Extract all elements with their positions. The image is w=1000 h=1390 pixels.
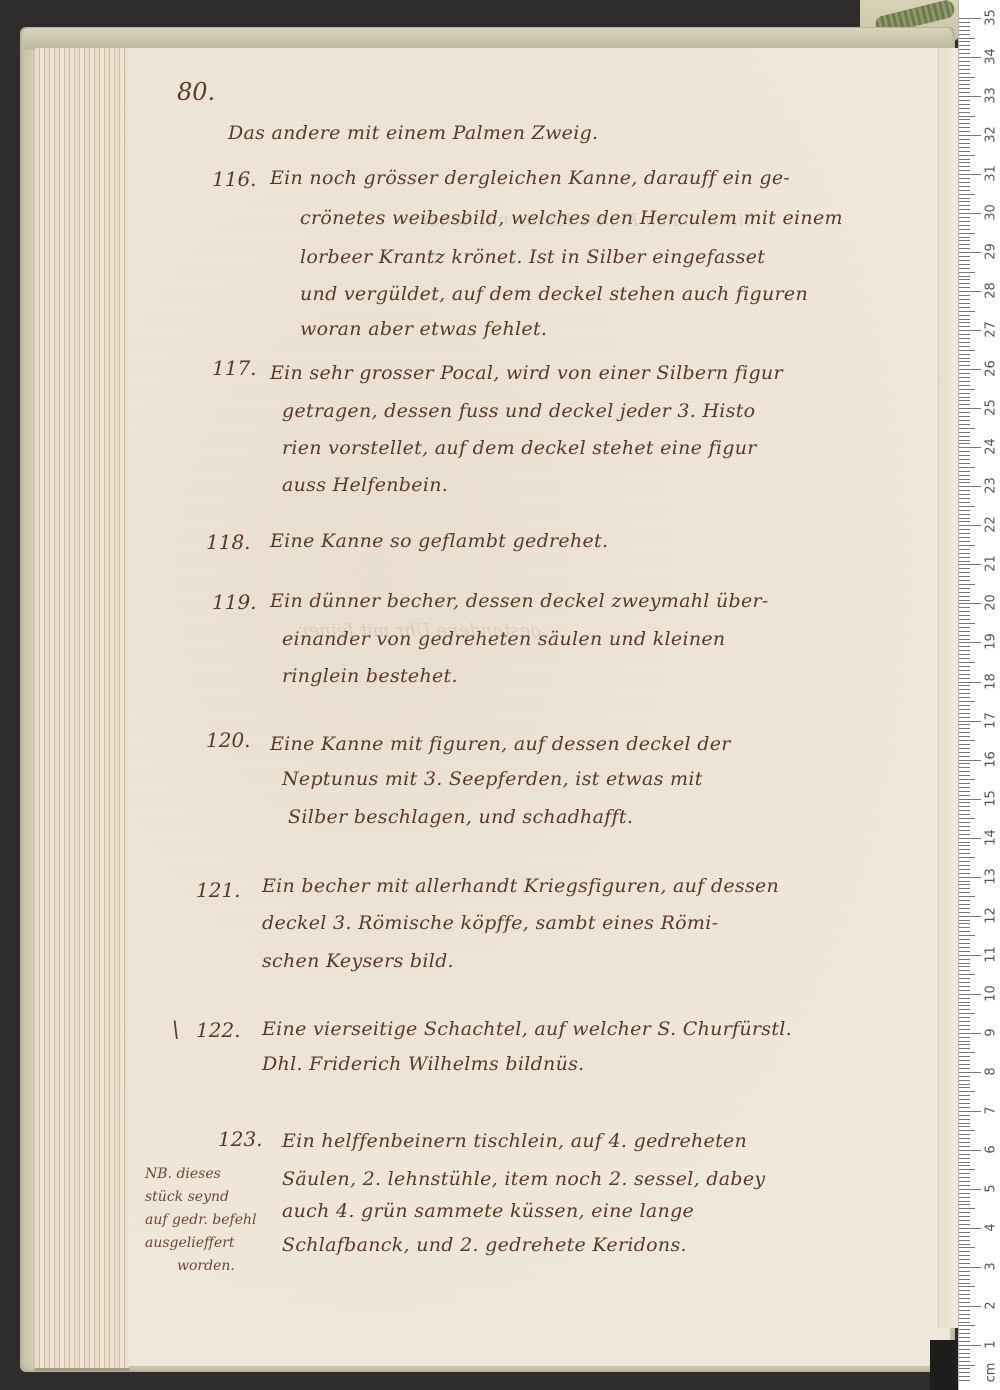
ruler-tick: [959, 521, 970, 522]
ruler-tick: [959, 486, 981, 487]
ruler-tick: [959, 1087, 970, 1088]
ruler-tick: [959, 771, 970, 772]
ruler-tick: [959, 1111, 981, 1112]
ruler-tick: [959, 1025, 970, 1026]
ruler-tick: [959, 1048, 970, 1049]
ruler-tick: [959, 693, 970, 694]
ruler-tick: [959, 178, 970, 179]
ruler-tick: [959, 1169, 975, 1170]
ruler-tick: [959, 1247, 975, 1248]
ruler-label: 15: [984, 788, 999, 808]
ruler-tick: [959, 240, 970, 241]
ruler-tick: [959, 767, 970, 768]
entry-line: Silber beschlagen, und schadhafft.: [288, 806, 633, 828]
entry-line: schen Keysers bild.: [262, 950, 454, 972]
ruler-tick: [959, 553, 970, 554]
ruler-tick: [959, 1267, 981, 1268]
ruler-tick: [959, 408, 981, 409]
ruler-tick: [959, 775, 970, 776]
ruler-label: 26: [984, 359, 999, 379]
ruler-tick: [959, 943, 970, 944]
ruler-tick: [959, 194, 975, 195]
ruler-tick: [959, 1329, 970, 1330]
ruler-tick: [959, 990, 970, 991]
ruler-tick: [959, 389, 975, 390]
ruler-label: 19: [984, 632, 999, 652]
centimeter-ruler: cm 3534333231302928272625242322212019181…: [958, 0, 1000, 1390]
entry-line: und vergüldet, auf dem deckel stehen auc…: [300, 283, 808, 305]
ruler-tick: [959, 397, 970, 398]
ruler-tick: [959, 670, 970, 671]
ruler-tick: [959, 826, 970, 827]
ruler-tick: [959, 884, 970, 885]
ruler-tick: [959, 549, 970, 550]
margin-mark: \: [172, 1018, 179, 1043]
ruler-tick: [959, 494, 970, 495]
ruler-tick: [959, 736, 970, 737]
ruler-tick: [959, 572, 970, 573]
ruler-label: 7: [984, 1100, 999, 1120]
ruler-tick: [959, 1103, 970, 1104]
ruler-tick: [959, 416, 970, 417]
ruler-tick: [959, 467, 975, 468]
ruler-tick: [959, 845, 970, 846]
ruler-tick: [959, 404, 970, 405]
ruler-label: 31: [984, 164, 999, 184]
ruler-tick: [959, 724, 970, 725]
ruler-tick: [959, 923, 970, 924]
ruler-tick: [959, 1013, 975, 1014]
ruler-tick: [959, 947, 970, 948]
entry-line: auch 4. grün sammete küssen, eine lange: [282, 1200, 694, 1222]
ruler-tick: [959, 217, 970, 218]
ruler-label: 9: [984, 1022, 999, 1042]
ruler-tick: [959, 896, 975, 897]
ruler-tick: [959, 974, 975, 975]
entry-number: 119.: [212, 590, 257, 614]
cover-top-edge: [22, 28, 952, 50]
ruler-tick: [959, 1341, 970, 1342]
margin-note-line: NB. dieses: [145, 1163, 256, 1186]
ruler-tick: [959, 264, 970, 265]
ruler-tick: [959, 127, 970, 128]
ruler-tick: [959, 1204, 970, 1205]
ruler-tick: [959, 1294, 970, 1295]
ruler-tick: [959, 1318, 970, 1319]
ruler-tick: [959, 514, 970, 515]
ruler-tick: [959, 916, 981, 917]
ruler-label: 16: [984, 749, 999, 769]
ruler-tick: [959, 244, 970, 245]
ruler-label: 13: [984, 866, 999, 886]
entry-line: crönetes weibesbild, welches den Hercule…: [300, 207, 843, 229]
ruler-tick: [959, 748, 970, 749]
entry-line: Ein dünner becher, dessen deckel zweymah…: [270, 590, 769, 612]
ruler-tick: [959, 190, 970, 191]
ruler-tick: [959, 1068, 970, 1069]
ruler-tick: [959, 1372, 970, 1373]
ruler-tick: [959, 162, 970, 163]
ruler-tick: [959, 1365, 975, 1366]
ruler-label: 11: [984, 944, 999, 964]
ruler-tick: [959, 1009, 970, 1010]
entry-line: auss Helfenbein.: [282, 474, 448, 496]
ruler-tick: [959, 295, 970, 296]
ruler-tick: [959, 631, 970, 632]
ruler-tick: [959, 319, 970, 320]
ruler-tick: [959, 639, 970, 640]
ruler-tick: [959, 1279, 970, 1280]
ruler-label: 24: [984, 437, 999, 457]
ruler-tick: [959, 96, 981, 97]
ruler-tick: [959, 237, 970, 238]
ruler-tick: [959, 518, 970, 519]
ruler-tick: [959, 166, 970, 167]
ruler-tick: [959, 1029, 970, 1030]
ruler-tick: [959, 1064, 970, 1065]
ruler-tick: [959, 432, 970, 433]
ruler-tick: [959, 752, 970, 753]
ruler-tick: [959, 1263, 970, 1264]
ruler-tick: [959, 1056, 970, 1057]
ruler-tick: [959, 112, 970, 113]
ruler-tick: [959, 908, 970, 909]
ruler-tick: [959, 131, 970, 132]
ruler-tick: [959, 709, 970, 710]
entry-line: Ein sehr grosser Pocal, wird von einer S…: [270, 362, 783, 384]
ruler-tick: [959, 440, 970, 441]
ruler-label: 20: [984, 593, 999, 613]
ruler-tick: [959, 674, 970, 675]
ruler-tick: [959, 592, 970, 593]
ruler-tick: [959, 1185, 970, 1186]
ruler-tick: [959, 603, 981, 604]
ruler-tick: [959, 377, 970, 378]
ruler-tick: [959, 119, 970, 120]
ruler-tick: [959, 682, 981, 683]
ruler-tick: [959, 1033, 981, 1034]
ruler-tick: [959, 892, 970, 893]
ruler-label: 28: [984, 281, 999, 301]
ruler-tick: [959, 69, 970, 70]
ruler-tick: [959, 350, 975, 351]
entry-line: einander von gedreheten säulen und klein…: [282, 628, 725, 650]
ruler-tick: [959, 475, 970, 476]
ruler-tick: [959, 490, 970, 491]
entry-line: Dhl. Friderich Wilhelms bildnüs.: [262, 1053, 585, 1075]
ruler-tick: [959, 100, 970, 101]
margin-note-line: worden.: [145, 1255, 256, 1278]
ruler-tick: [959, 1201, 970, 1202]
ruler-tick: [959, 291, 981, 292]
ruler-tick: [959, 365, 970, 366]
ruler-tick: [959, 678, 970, 679]
entry-line: woran aber etwas fehlet.: [300, 318, 547, 340]
ruler-tick: [959, 1091, 975, 1092]
entry-number: 116.: [212, 167, 257, 191]
ruler-tick: [959, 763, 970, 764]
ruler-tick: [959, 459, 970, 460]
ruler-tick: [959, 529, 970, 530]
ruler-tick: [959, 814, 970, 815]
ruler-tick: [959, 322, 970, 323]
ruler-tick: [959, 77, 975, 78]
ruler-tick: [959, 1208, 975, 1209]
ruler-tick: [959, 34, 970, 35]
ruler-tick: [959, 303, 970, 304]
ruler-label: 21: [984, 554, 999, 574]
ruler-tick: [959, 1368, 970, 1369]
ruler-tick: [959, 1189, 981, 1190]
ruler-tick: [959, 830, 970, 831]
ruler-tick: [959, 428, 975, 429]
ruler-tick: [959, 888, 970, 889]
ruler-tick: [959, 1322, 970, 1323]
ruler-tick: [959, 213, 981, 214]
ruler-tick: [959, 869, 970, 870]
entry-number: 118.: [206, 530, 251, 554]
ruler-tick: [959, 810, 970, 811]
ruler-tick: [959, 904, 970, 905]
ruler-tick: [959, 307, 970, 308]
ruler-tick: [959, 41, 970, 42]
ruler-tick: [959, 143, 970, 144]
ruler-tick: [959, 123, 970, 124]
ruler-tick: [959, 45, 970, 46]
entry-line: Schlafbanck, und 2. gedrehete Keridons.: [282, 1234, 687, 1256]
ruler-tick: [959, 373, 970, 374]
ruler-tick: [959, 963, 970, 964]
ruler-tick: [959, 920, 970, 921]
margin-note-line: auf gedr. befehl: [145, 1209, 256, 1232]
ruler-tick: [959, 108, 970, 109]
ruler-tick: [959, 900, 970, 901]
ruler-tick: [959, 1255, 970, 1256]
entry-line: Ein helffenbeinern tischlein, auf 4. ged…: [282, 1130, 747, 1152]
entry-line: Ein noch grösser dergleichen Kanne, dara…: [270, 167, 790, 189]
ruler-tick: [959, 541, 970, 542]
ruler-tick: [959, 1162, 970, 1163]
ruler-tick: [959, 1126, 970, 1127]
ruler-tick: [959, 1220, 970, 1221]
ruler-tick: [959, 881, 970, 882]
ruler-label: 22: [984, 515, 999, 535]
ruler-tick: [959, 479, 970, 480]
ruler-tick: [959, 557, 970, 558]
ruler-tick: [959, 276, 970, 277]
ruler-label: 25: [984, 398, 999, 418]
ruler-tick: [959, 564, 981, 565]
ruler-tick: [959, 354, 970, 355]
ruler-tick: [959, 1236, 970, 1237]
ruler-tick: [959, 966, 970, 967]
ruler-tick: [959, 998, 970, 999]
ruler-tick: [959, 1345, 981, 1346]
ruler-tick: [959, 642, 981, 643]
ruler-tick: [959, 705, 970, 706]
ruler-tick: [959, 256, 970, 257]
ruler-tick: [959, 80, 970, 81]
corner-shadow: [930, 1340, 960, 1390]
ruler-tick: [959, 369, 981, 370]
ruler-tick: [959, 1177, 970, 1178]
entry-line: Eine Kanne so geflambt gedrehet.: [270, 530, 608, 552]
ruler-tick: [959, 1119, 970, 1120]
ruler-label: 35: [984, 8, 999, 28]
ruler-tick: [959, 385, 970, 386]
ruler-tick: [959, 1181, 970, 1182]
ruler-tick: [959, 1084, 970, 1085]
ruler-tick: [959, 1158, 970, 1159]
ruler-tick: [959, 1173, 970, 1174]
ruler-tick: [959, 186, 970, 187]
ruler-tick: [959, 1130, 975, 1131]
ruler-label: 10: [984, 983, 999, 1003]
ruler-tick: [959, 545, 975, 546]
ruler-tick: [959, 1115, 970, 1116]
ruler-tick: [959, 400, 970, 401]
ruler-tick: [959, 170, 970, 171]
ruler-tick: [959, 233, 975, 234]
ruler-tick: [959, 533, 970, 534]
ruler-tick: [959, 756, 970, 757]
ruler-label: 1: [984, 1335, 999, 1355]
ruler-tick: [959, 689, 970, 690]
entry-number: 123.: [218, 1127, 263, 1151]
ruler-tick: [959, 182, 970, 183]
ruler-label: 29: [984, 242, 999, 262]
ruler-tick: [959, 853, 970, 854]
ruler-tick: [959, 225, 970, 226]
ruler-tick: [959, 1216, 970, 1217]
ruler-tick: [959, 1095, 970, 1096]
ruler-tick: [959, 1283, 970, 1284]
ruler-label: 33: [984, 86, 999, 106]
ruler-tick: [959, 84, 970, 85]
entry-line: Ein becher mit allerhandt Kriegsfiguren,…: [262, 875, 779, 897]
ruler-tick: [959, 600, 970, 601]
ruler-tick: [959, 283, 970, 284]
ruler-tick: [959, 939, 970, 940]
ruler-unit-label: cm: [984, 1363, 999, 1383]
ruler-tick: [959, 1306, 981, 1307]
ruler-label: 12: [984, 905, 999, 925]
ruler-tick: [959, 658, 970, 659]
ruler-tick: [959, 201, 970, 202]
ruler-tick: [959, 159, 970, 160]
ruler-tick: [959, 381, 970, 382]
ruler-tick: [959, 607, 970, 608]
ruler-tick: [959, 1302, 970, 1303]
ruler-tick: [959, 1244, 970, 1245]
ruler-tick: [959, 1005, 970, 1006]
ruler-tick: [959, 982, 970, 983]
ruler-label: 5: [984, 1178, 999, 1198]
ruler-tick: [959, 260, 970, 261]
ruler-tick: [959, 576, 970, 577]
margin-note: NB. dieses stück seynd auf gedr. befehl …: [145, 1163, 256, 1278]
ruler-tick: [959, 1259, 970, 1260]
ruler-tick: [959, 791, 970, 792]
ruler-tick: [959, 1146, 970, 1147]
ruler-tick: [959, 1002, 970, 1003]
ruler-tick: [959, 1123, 970, 1124]
ruler-label: 32: [984, 125, 999, 145]
ruler-tick: [959, 510, 970, 511]
ruler-tick: [959, 721, 981, 722]
entry-line: deckel 3. Römische köpffe, sambt eines R…: [262, 912, 718, 934]
ruler-tick: [959, 760, 981, 761]
folio-number: 80.: [177, 78, 215, 106]
ruler-tick: [959, 1333, 970, 1334]
ruler-tick: [959, 627, 970, 628]
ruler-tick: [959, 1232, 970, 1233]
ruler-tick: [959, 1197, 970, 1198]
ruler-tick: [959, 877, 981, 878]
ruler-tick: [959, 818, 975, 819]
ruler-tick: [959, 822, 970, 823]
ruler-tick: [959, 436, 970, 437]
ruler-tick: [959, 799, 981, 800]
entry-line: rien vorstellet, auf dem deckel stehet e…: [282, 437, 757, 459]
ruler-tick: [959, 229, 970, 230]
entry-line: lorbeer Krantz krönet. Ist in Silber ein…: [300, 246, 765, 268]
entry-line: Eine Kanne mit figuren, auf dessen decke…: [270, 733, 731, 755]
ruler-tick: [959, 447, 981, 448]
ruler-tick: [959, 1080, 970, 1081]
ruler-tick: [959, 685, 970, 686]
ruler-tick: [959, 834, 970, 835]
ruler-tick: [959, 1298, 970, 1299]
ruler-tick: [959, 1349, 970, 1350]
ruler-label: 6: [984, 1139, 999, 1159]
ruler-tick: [959, 330, 981, 331]
ruler-tick: [959, 1376, 970, 1377]
ruler-label: 23: [984, 476, 999, 496]
ruler-tick: [959, 1310, 970, 1311]
ruler-tick: [959, 151, 970, 152]
ruler-tick: [959, 268, 970, 269]
entry-line: Säulen, 2. lehnstühle, item noch 2. sess…: [282, 1168, 765, 1190]
ruler-tick: [959, 18, 981, 19]
entry-number: 117.: [212, 356, 257, 380]
ruler-tick: [959, 65, 970, 66]
ruler-tick: [959, 806, 970, 807]
ruler-tick: [959, 116, 975, 117]
ruler-tick: [959, 1099, 970, 1100]
ruler-tick: [959, 22, 970, 23]
ruler-tick: [959, 1052, 975, 1053]
ruler-tick: [959, 393, 970, 394]
ruler-tick: [959, 525, 981, 526]
ruler-tick: [959, 221, 970, 222]
ruler-tick: [959, 1314, 970, 1315]
ruler-tick: [959, 1325, 975, 1326]
ruler-tick: [959, 623, 975, 624]
entry-line: ringlein bestehet.: [282, 665, 458, 687]
ruler-tick: [959, 1165, 970, 1166]
ruler-label: 17: [984, 710, 999, 730]
entry-line: Neptunus mit 3. Seepferden, ist etwas mi…: [282, 768, 703, 790]
ruler-tick: [959, 986, 970, 987]
ruler-tick: [959, 717, 970, 718]
ruler-tick: [959, 783, 970, 784]
ruler-tick: [959, 155, 975, 156]
ruler-tick: [959, 1380, 970, 1381]
ruler-tick: [959, 1021, 970, 1022]
ruler-tick: [959, 424, 970, 425]
ruler-tick: [959, 580, 970, 581]
